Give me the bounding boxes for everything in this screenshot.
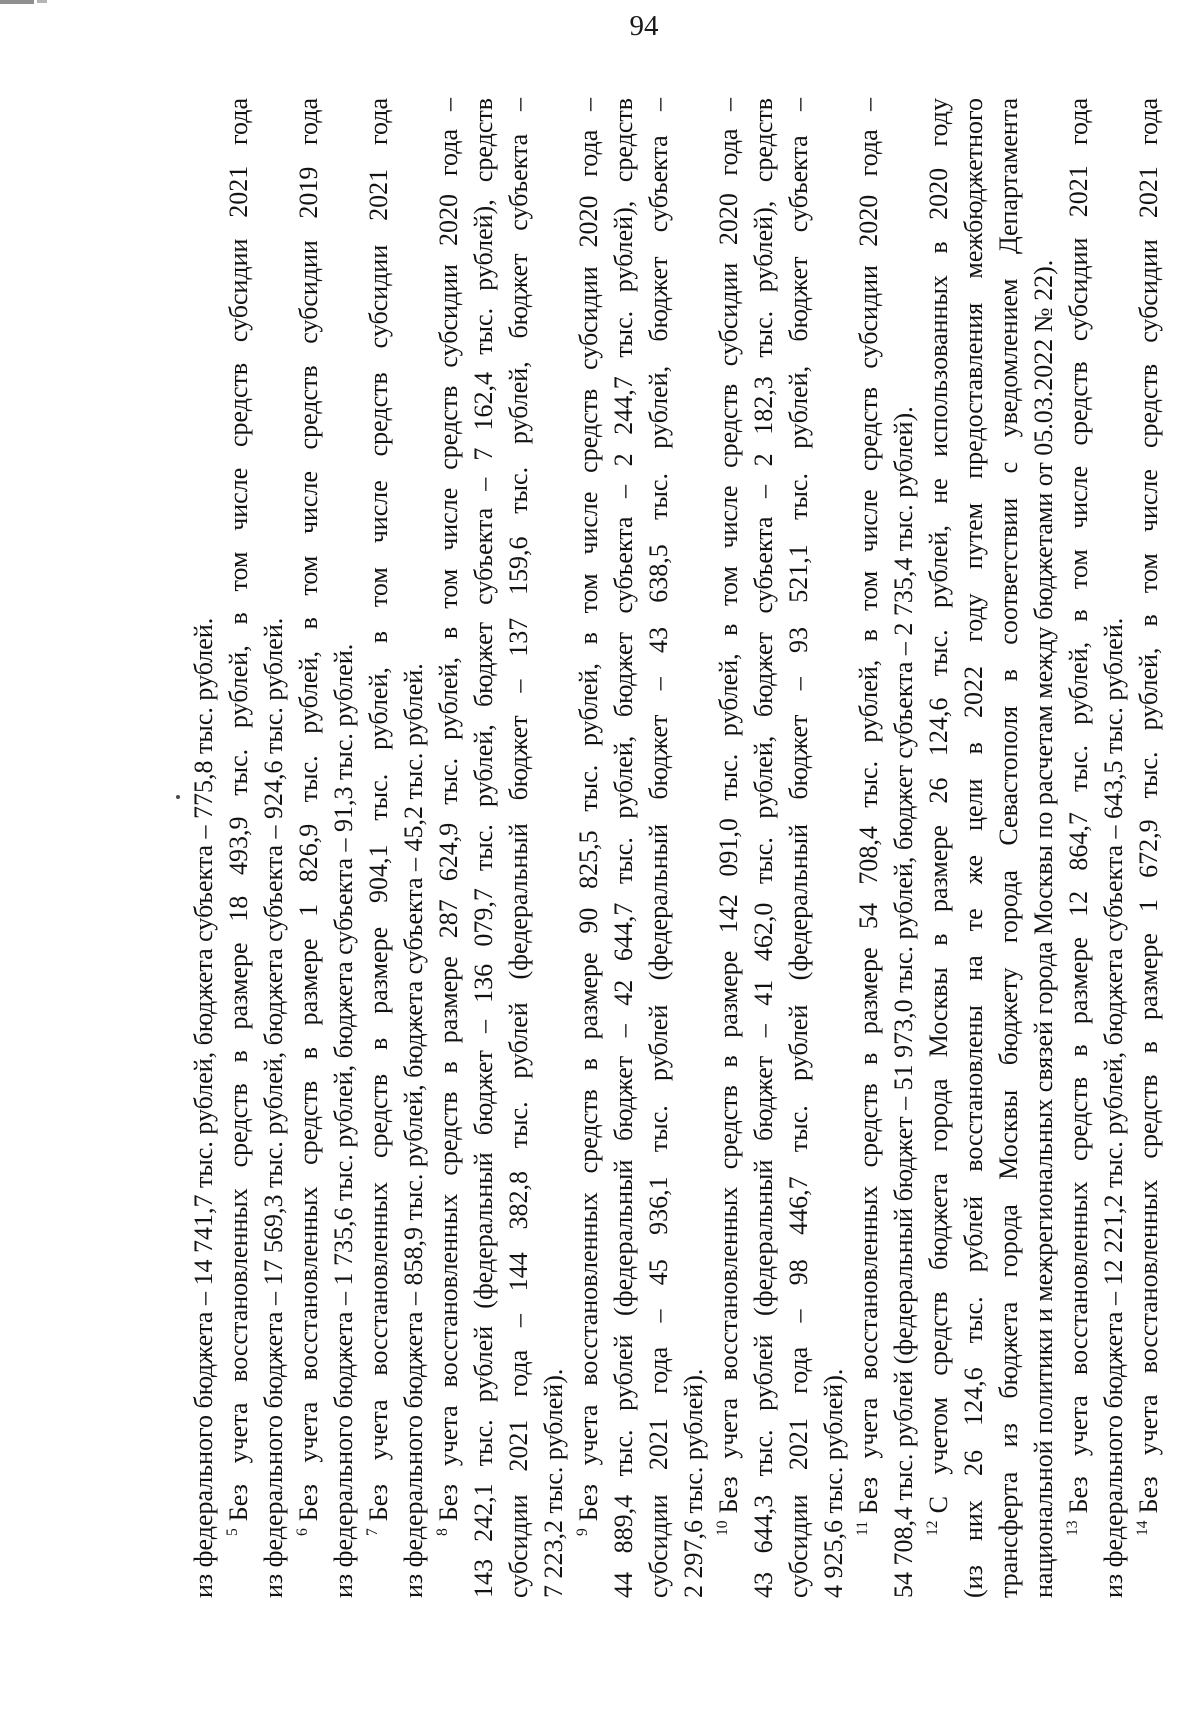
footnote-line: 14Без учета восстановленных средств в ра… [1131,98,1166,1598]
footnote-marker: 6 [294,1528,311,1536]
footnote-text: Без учета восстановленных средств в разм… [224,98,253,1521]
footnote-marker: 12 [924,1520,941,1536]
footnote-line: из федерального бюджета – 858,9 тыс. руб… [396,98,431,1598]
footnote-line: 143 242,1 тыс. рублей (федеральный бюдже… [466,98,501,1598]
footnote-line: из федерального бюджета – 1 735,6 тыс. р… [326,98,361,1598]
footnote-text: субсидии 2021 года – 98 446,7 тыс. рубле… [784,98,813,1598]
footnote-text: из федерального бюджета – 14 741,7 тыс. … [189,618,218,1598]
footnote-line: 54 708,4 тыс. рублей (федеральный бюджет… [886,98,921,1598]
footnote-text: трансферта из бюджета города Москвы бюдж… [994,98,1023,1598]
footnote-line: 44 889,4 тыс. рублей (федеральный бюджет… [606,98,641,1598]
footnote-text: 4 925,6 тыс. рублей). [819,1369,848,1598]
footnote-text: 7 223,2 тыс. рублей). [539,1369,568,1598]
footnote-marker: 11 [854,1521,871,1536]
footnote-line: субсидии 2021 года – 98 446,7 тыс. рубле… [781,98,816,1598]
scan-artifact-speck [176,795,180,799]
footnote-marker: 8 [434,1528,451,1536]
footnote-text: 44 889,4 тыс. рублей (федеральный бюджет… [609,98,638,1598]
footnote-text: из федерального бюджета – 12 221,2 тыс. … [1099,618,1128,1598]
footnote-line: 7Без учета восстановленных средств в раз… [361,98,396,1598]
footnote-text: 2 297,6 тыс. рублей). [679,1369,708,1598]
rotated-footnotes-block: из федерального бюджета – 14 741,7 тыс. … [186,98,1166,1598]
footnote-marker: 7 [364,1528,381,1536]
footnote-text: Без учета восстановленных средств в разм… [294,98,323,1521]
footnote-line: 10Без учета восстановленных средств в ра… [711,98,746,1598]
footnote-marker: 13 [1064,1520,1081,1536]
footnote-text: 54 708,4 тыс. рублей (федеральный бюджет… [889,406,918,1598]
scanned-document-page: 94 из федерального бюджета – 14 741,7 ты… [0,0,1200,1718]
footnote-line: 4 925,6 тыс. рублей). [816,98,851,1598]
footnote-line: 11Без учета восстановленных средств в ра… [851,98,886,1598]
footnote-text: Без учета восстановленных средств в разм… [364,98,393,1521]
footnote-line: 7 223,2 тыс. рублей). [536,98,571,1598]
footnote-line: из федерального бюджета – 12 221,2 тыс. … [1096,98,1131,1598]
footnote-text: из федерального бюджета – 17 569,3 тыс. … [259,618,288,1598]
footnote-line: 2 297,6 тыс. рублей). [676,98,711,1598]
footnote-line: 5Без учета восстановленных средств в раз… [221,98,256,1598]
footnote-text: Без учета восстановленных средств в разм… [1134,98,1163,1513]
footnote-marker: 10 [714,1520,731,1536]
footnote-line: из федерального бюджета – 17 569,3 тыс. … [256,98,291,1598]
footnote-line: 43 644,3 тыс. рублей (федеральный бюджет… [746,98,781,1598]
footnote-text: С учетом средств бюджета города Москвы в… [924,98,953,1513]
footnote-text: 43 644,3 тыс. рублей (федеральный бюджет… [749,98,778,1598]
footnote-text: Без учета восстановленных средств в разм… [714,98,743,1513]
footnote-text: Без учета восстановленных средств в разм… [434,98,463,1521]
scan-artifact-smudge [0,0,34,4]
footnote-line: субсидии 2021 года – 144 382,8 тыс. рубл… [501,98,536,1598]
footnote-text: 143 242,1 тыс. рублей (федеральный бюдже… [469,98,498,1598]
footnote-text: из федерального бюджета – 858,9 тыс. руб… [399,663,428,1598]
footnote-text: национальной политики и межрегиональных … [1029,260,1058,1598]
footnote-text: субсидии 2021 года – 45 936,1 тыс. рубле… [644,98,673,1598]
footnote-marker: 9 [574,1528,591,1536]
footnote-text: (из них 26 124,6 тыс. рублей восстановле… [959,98,988,1598]
footnote-text: субсидии 2021 года – 144 382,8 тыс. рубл… [504,98,533,1598]
footnote-line: трансферта из бюджета города Москвы бюдж… [991,98,1026,1598]
footnote-line: 9Без учета восстановленных средств в раз… [571,98,606,1598]
footnote-text: Без учета восстановленных средств в разм… [1064,98,1093,1513]
footnote-text: Без учета восстановленных средств в разм… [854,98,883,1514]
footnote-line: национальной политики и межрегиональных … [1026,98,1061,1598]
footnote-text: из федерального бюджета – 1 735,6 тыс. р… [329,644,358,1598]
page-number: 94 [594,10,694,43]
footnote-line: (из них 26 124,6 тыс. рублей восстановле… [956,98,991,1598]
footnote-line: 13Без учета восстановленных средств в ра… [1061,98,1096,1598]
footnote-text: Без учета восстановленных средств в разм… [574,98,603,1521]
footnote-line: 6Без учета восстановленных средств в раз… [291,98,326,1598]
footnote-line: субсидии 2021 года – 45 936,1 тыс. рубле… [641,98,676,1598]
scan-artifact-smudge [37,0,47,3]
footnote-marker: 5 [224,1528,241,1536]
footnote-marker: 14 [1134,1520,1151,1536]
footnote-line: 12С учетом средств бюджета города Москвы… [921,98,956,1598]
footnote-line: из федерального бюджета – 14 741,7 тыс. … [186,98,221,1598]
footnote-line: 8Без учета восстановленных средств в раз… [431,98,466,1598]
